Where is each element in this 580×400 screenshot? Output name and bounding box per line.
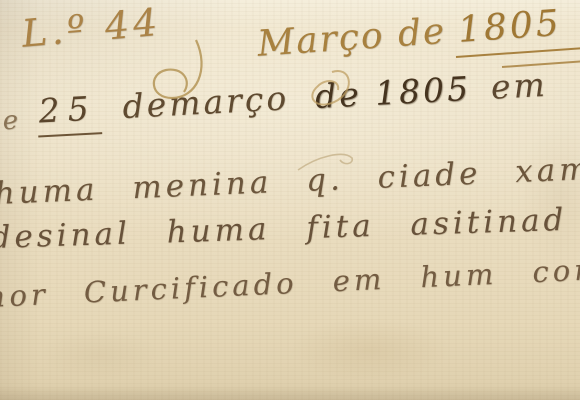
page-edge-shadow <box>0 386 580 400</box>
body-text-line: huma menina q. ciade xama <box>0 150 580 212</box>
entry-year: de 1805 <box>314 69 472 116</box>
heading-month: Março de <box>256 11 448 65</box>
paper-stain <box>290 318 450 382</box>
entry-prefix: ie <box>0 105 22 137</box>
paper-stain <box>40 330 160 380</box>
heading-date: Março de1805 <box>256 3 563 65</box>
ledger-number: L.º 44 <box>20 0 163 56</box>
entry-date-line: ie25demarçode 1805em <box>0 65 549 140</box>
heading-year: 1805 <box>457 3 563 51</box>
body-text-line: hor Curcificado em hum corosa <box>0 250 580 314</box>
entry-tail: em <box>490 65 549 107</box>
paper-stain <box>520 120 580 270</box>
entry-day: 25 <box>36 88 102 137</box>
body-text-line: desinal huma fita asitinad <box>0 202 568 256</box>
manuscript-page: L.º 44 Março de1805 ie25demarçode 1805em… <box>0 0 580 400</box>
entry-month: demarço <box>122 78 291 126</box>
